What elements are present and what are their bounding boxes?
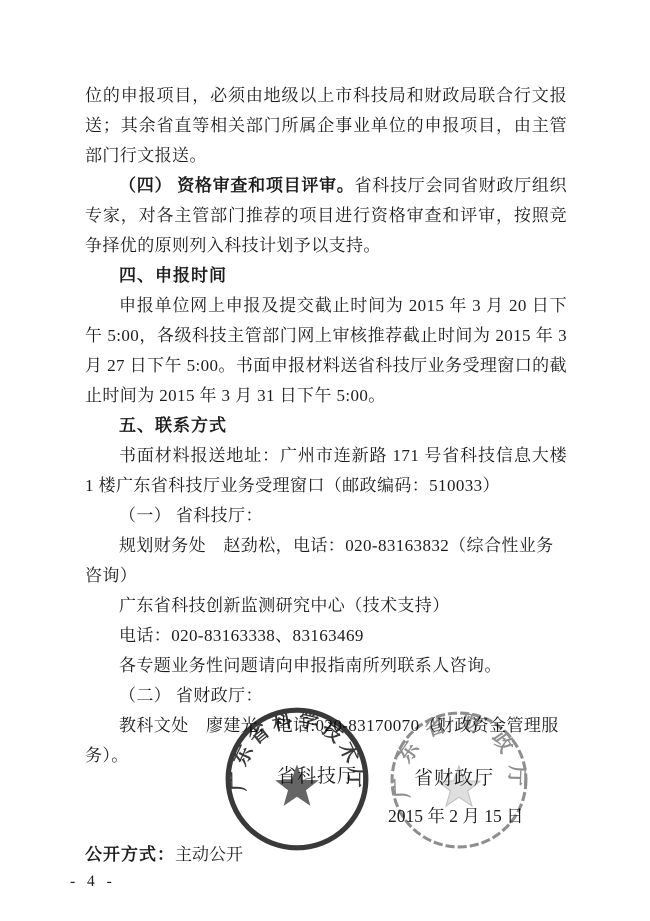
paragraph-address: 书面材料报送地址：广州市连新路 171 号省科技信息大楼 1 楼广东省科技厅业务… (85, 441, 567, 501)
signature-date: 2015 年 2 月 15 日 (388, 803, 524, 828)
signature-agency-science: 省科技厅 (277, 761, 357, 788)
paragraph-dept-science: （一） 省科技厅： (85, 501, 567, 531)
clause-title: 资格审查和项目评审。 (177, 176, 354, 195)
disclosure-line: 公开方式：主动公开 (85, 840, 243, 865)
body-text: 位的申报项目，必须由地级以上市科技局和财政局联合行文报送；其余省直等相关部门所属… (85, 81, 567, 771)
section-heading-5: 五、联系方式 (85, 411, 567, 441)
section-heading-4: 四、申报时间 (85, 261, 567, 291)
paragraph-dept-finance: （二） 省财政厅： (85, 681, 567, 711)
paragraph-inquiry-note: 各专题业务性问题请向申报指南所列联系人咨询。 (85, 651, 567, 681)
disclosure-label: 公开方式： (85, 845, 175, 864)
paragraph-tech-support: 广东省科技创新监测研究中心（技术支持） (85, 591, 567, 621)
paragraph-phones: 电话：020-83163338、83163469 (85, 621, 567, 651)
disclosure-value: 主动公开 (175, 845, 243, 864)
paragraph-review: （四） 资格审查和项目评审。省科技厅会同省财政厅组织专家，对各主管部门推荐的项目… (85, 171, 567, 261)
paragraph-contact-zhao: 规划财务处 赵劲松，电话：020-83163832（综合性业务咨询） (85, 531, 567, 591)
clause-number: （四） (119, 176, 177, 195)
paragraph-deadlines: 申报单位网上申报及提交截止时间为 2015 年 3 月 20 日下午 5:00，… (85, 291, 567, 411)
paragraph-submission-continued: 位的申报项目，必须由地级以上市科技局和财政局联合行文报送；其余省直等相关部门所属… (85, 81, 567, 171)
page-number: - 4 - (70, 873, 116, 891)
document-page: 位的申报项目，必须由地级以上市科技局和财政局联合行文报送；其余省直等相关部门所属… (0, 0, 650, 921)
signature-agency-finance: 省财政厅 (414, 763, 494, 790)
